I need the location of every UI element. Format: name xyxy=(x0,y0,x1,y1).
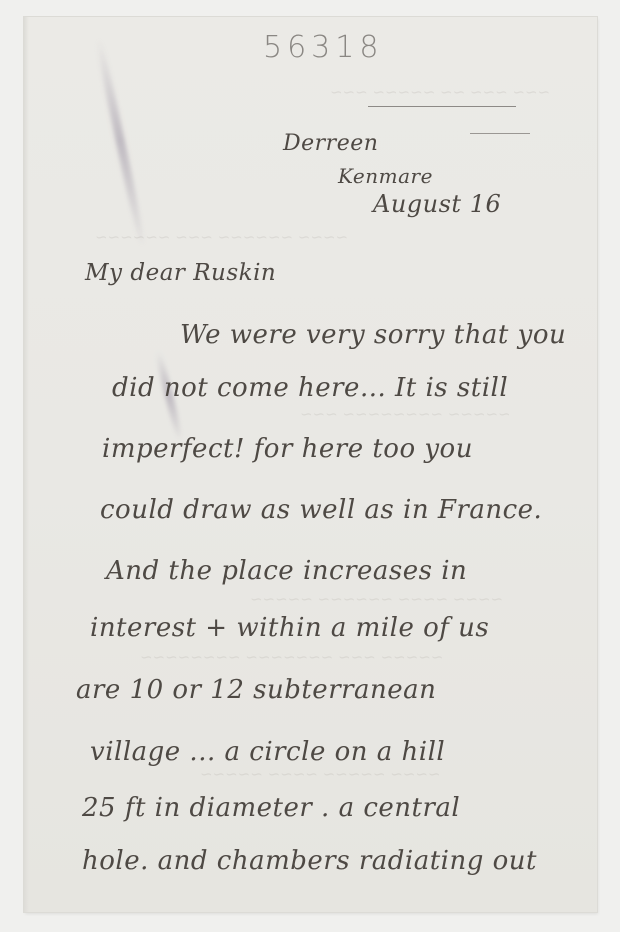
body-line: imperfect! for here too you xyxy=(102,434,473,464)
body-line: are 10 or 12 subterranean xyxy=(76,675,436,705)
letter-date: August 16 xyxy=(373,190,501,218)
body-line: village ... a circle on a hill xyxy=(90,737,445,767)
struck-through-line xyxy=(470,133,530,134)
bleed-through-text: ~~~~~ ~~~ ~~~~~~~ ~~~~~~~~ xyxy=(140,648,443,666)
body-line: interest + within a mile of us xyxy=(90,613,489,643)
bleed-through-text: ~~~~ ~~~~~~ ~~~ ~~~~~~ xyxy=(95,228,348,246)
document-viewer: ~~~ ~~~ ~~ ~~~~~ ~~~ ~~~~ ~~~~~~ ~~~ ~~~… xyxy=(0,0,620,932)
struck-through-line xyxy=(368,106,516,107)
salutation: My dear Ruskin xyxy=(85,260,276,286)
bleed-through-text: ~~~~ ~~~~ ~~~~~~ ~~~~~ xyxy=(250,590,503,608)
ink-smudge xyxy=(94,37,146,244)
body-line: could draw as well as in France. xyxy=(100,495,542,525)
body-line: did not come here... It is still xyxy=(112,373,508,403)
body-line: And the place increases in xyxy=(106,556,467,586)
bleed-through-text: ~~~ ~~~ ~~ ~~~~~ ~~~ xyxy=(330,83,550,101)
address-line-1: Derreen xyxy=(283,131,378,156)
bleed-through-text: ~~~~~ ~~~~~~~~ ~~~ xyxy=(300,405,511,423)
archive-number: 56318 xyxy=(263,30,383,65)
address-line-2: Kenmare xyxy=(338,164,433,188)
body-line: We were very sorry that you xyxy=(180,320,566,350)
body-line: 25 ft in diameter . a central xyxy=(82,793,460,823)
body-line: hole. and chambers radiating out xyxy=(82,846,537,876)
bleed-through-text: ~~~~ ~~~~~ ~~~~ ~~~~~ xyxy=(200,765,441,783)
